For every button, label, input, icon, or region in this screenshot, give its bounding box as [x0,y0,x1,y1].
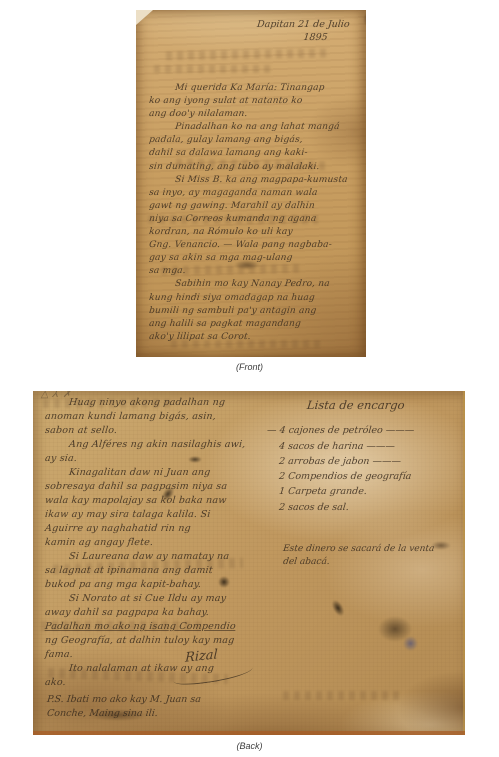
handwriting-line: niya sa Correos kumanda ng agana [148,213,355,226]
handwriting-line: Sabihin mo kay Nanay Pedro, na [148,278,355,291]
bleedthrough-texture [166,49,326,61]
handwriting-line: ko ang iyong sulat at natanto ko [148,95,355,108]
handwriting-line: ay sia. [44,452,281,466]
money-note: Este dinero se sacará de la ventadel aba… [283,543,453,569]
handwriting-line: Huag ninyo akong padalhan ng [44,396,281,410]
handwriting-line: wala kay mapolajay sa kol baka naw [44,494,281,508]
errand-list-title: Lista de encargo [306,398,460,413]
errand-list-item: 2 arrobas de jabon ——— [278,454,460,469]
ink-blot [329,598,347,619]
handwriting-line: Ang Alféres ng akin nasilaghis awi, [44,438,281,452]
postscript: P.S. Ibati mo ako kay M. Juan saConche, … [47,693,287,721]
handwriting-line: gay sa akin sa mga mag-ulang [148,252,355,265]
letter-front-scan: Dapitan 21 de Julio 1895 Mi querida Ka M… [136,10,366,357]
handwriting-line: Kinagalitan daw ni Juan ang [44,466,281,480]
handwriting-line: bumili ng sambuli pa'y antagin ang [148,305,355,318]
errand-list-item: 2 sacos de sal. [278,500,460,515]
handwriting-line: ang halili sa pagkat magandang [148,318,355,331]
errand-list-item: 1 Carpeta grande. [278,484,460,499]
dateline-year: 1895 [257,31,329,44]
handwriting-line: Aguirre ay naghahatid rin ng [44,522,281,536]
back-caption: (Back) [0,741,499,751]
errand-list-item: 2 Compendios de geografía [278,469,460,484]
handwriting-line: kamin ag angay flete. [44,536,281,550]
handwriting-line: ako'y lilipat sa Corot. [148,331,355,344]
handwriting-line: sin dumating, ang tubo ay malalaki. [148,161,355,174]
handwriting-line: Este dinero se sacará de la venta [282,543,453,556]
handwriting-line: sabon at sello. [44,424,281,438]
handwriting-line: bukod pa ang mga kapit-bahay. [44,578,281,592]
letter-back-scan: △⅄✗ Huag ninyo akong padalhan nganoman k… [33,391,465,735]
letter-back-body: Huag ninyo akong padalhan nganoman kundi… [45,396,281,690]
handwriting-line: gawt ng gawing. Marahil ay dalhin [148,200,355,213]
handwriting-line: sa mga. [148,265,355,278]
handwriting-line: dahil sa dalawa lamang ang kaki- [148,147,355,160]
handwriting-line: Si Miss B. ka ang magpapa-kumusta [148,174,355,187]
dateline-place: Dapitan 21 de Julio [257,18,351,31]
handwriting-line: anoman kundi lamang bigás, asin, [44,410,281,424]
handwriting-line: Pinadalhan ko na ang lahat mangá [148,121,355,134]
front-caption: (Front) [0,362,499,372]
handwriting-line: ako. [44,676,281,690]
handwriting-line: kordran, na Rómulo ko uli kay [148,226,355,239]
errand-list: Lista de encargo — 4 cajones de petróleo… [279,398,459,515]
handwriting-line: Si Laureana daw ay namatay na [44,550,281,564]
bleedthrough-texture [283,691,403,700]
handwriting-line: Mi querida Ka María: Tinangap [148,82,355,95]
handwriting-line: kung hindi siya omadagap na huag [148,292,355,305]
handwriting-line: sa lagnat at ipinamana ang damit [44,564,281,578]
letter-front-body: Mi querida Ka María: Tinangapko ang iyon… [149,82,355,344]
handwriting-line: P.S. Ibati mo ako kay M. Juan sa [46,693,287,707]
handwriting-line: Padalhan mo ako ng isang Compendio [44,620,281,634]
errand-list-item: — 4 cajones de petróleo ——— [266,423,460,438]
handwriting-line: ikaw ay may sira talaga kalila. Si [44,508,281,522]
handwriting-line: fama. [44,648,281,662]
bleedthrough-texture [154,65,274,73]
handwriting-line: ang doo'y nilalaman. [148,108,355,121]
paper-fold-corner [136,10,153,25]
handwriting-line: sa inyo, ay magaganda naman wala [148,187,355,200]
errand-list-item: 4 sacos de harina ——— [278,439,460,454]
handwriting-line: away dahil sa pagpapa ka bahay. [44,606,281,620]
ink-blot [360,10,366,30]
handwriting-line: Si Norato at si Cue Ildu ay may [44,592,281,606]
handwriting-line: ng Geografía, at dalhin tuloy kay mag [44,634,281,648]
handwriting-line: padala, gulay lamang ang bigás, [148,134,355,147]
document-page: Dapitan 21 de Julio 1895 Mi querida Ka M… [0,0,499,757]
handwriting-line: del abacá. [282,556,453,569]
letter-dateline: Dapitan 21 de Julio 1895 [257,18,350,44]
blue-smudge [403,636,418,651]
handwriting-line: Gng. Venancio. — Wala pang nagbaba- [148,239,355,252]
handwriting-line: Conche, Maing sina ili. [46,707,287,721]
errand-list-items: — 4 cajones de petróleo ———4 sacos de ha… [279,423,459,515]
handwriting-line: sobresaya dahil sa pagpasim niya sa [44,480,281,494]
